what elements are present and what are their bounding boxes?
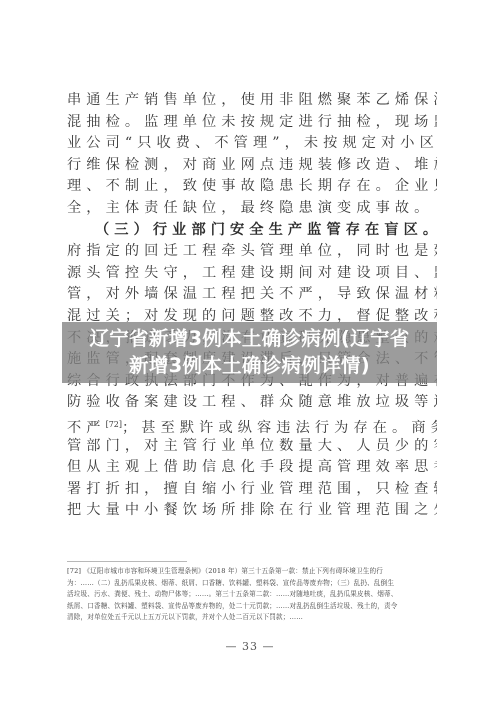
body-line: 署打折扣，擅自缩小行业管理范围，只检查辖区内大型场所， [67, 479, 437, 501]
footnote-divider [67, 561, 187, 562]
body-text: 串通生产销售单位，使用非阻燃聚苯乙烯保温板以次充好、蒙 混抽检。监理单位未按规定… [67, 90, 437, 522]
body-line: 业公司“只收费、不管理”，未按规定对小区共用消防设施进 [67, 133, 437, 155]
section-heading-line: （三）行业部门安全生产监管存在盲区。住建部门作为政 [67, 220, 437, 242]
body-line: 府指定的回迁工程牵头管理单位，同时也是建设行政主管部门， [67, 241, 437, 263]
body-line-head: 不严 [67, 420, 106, 436]
headline-line-1: 辽宁省新增3例本土确诊病例(辽宁省 [62, 325, 437, 352]
body-line: 不严[72]；甚至默许或纵容违法行为存在。商务部门作为行业主 [67, 414, 437, 436]
body-line: 管部门，对主管行业单位数量大、人员少的客观事实强调多， [67, 436, 437, 458]
footnote-line: [72] 《辽阳市城市市容和环境卫生管理条例》（2018 年）第三十五条第一款：… [67, 566, 439, 578]
body-line: 但从主观上借助信息化手段提高管理效率思考少，落实上级部 [67, 457, 437, 479]
body-line: 行维保检测，对商业网点违规装修改造、堆放垃圾等行为不管 [67, 155, 437, 177]
section-heading: （三）行业部门安全生产监管存在盲区。 [95, 222, 437, 238]
body-line: 源头管控失守，工程建设期间对建设项目、监理单位等疏于监 [67, 263, 437, 285]
document-page: 串通生产销售单位，使用非阻燃聚苯乙烯保温板以次充好、蒙 混抽检。监理单位未按规定… [0, 0, 500, 706]
headline-line-2: 新增3例本土确诊病例详情) [62, 352, 437, 379]
body-line: 管，对外墙保温工程把关不严，导致保温材料“以次充好”蒙 [67, 284, 437, 306]
body-line-tail: ；甚至默许或纵容违法行为存在。商务部门作为行业主 [122, 420, 437, 436]
footnote: [72] 《辽阳市城市市容和环境卫生管理条例》（2018 年）第三十五条第一款：… [67, 566, 439, 624]
footnote-line: 为：……（二）乱扔瓜果皮核、烟蒂、纸屑、口香糖、饮料罐、塑料袋、宣传品等废弃物；… [67, 578, 439, 590]
footnote-line: 纸屑、口香糖、饮料罐、塑料袋、宣传品等废弃物的，处二十元罚款；……对乱扔乱倒生活… [67, 601, 439, 613]
body-line: 混抽检。监理单位未按规定进行抽检，现场监理流于形式。物 [67, 112, 437, 134]
headline-overlay[interactable]: 辽宁省新增3例本土确诊病例(辽宁省 新增3例本土确诊病例详情) [62, 322, 437, 383]
page-number: — 33 — [0, 640, 500, 653]
footnote-line: 活垃圾、污水、粪便、残土、动物尸体等；……。第三十五条第二款：……对随地吐痰，乱… [67, 589, 439, 601]
body-line: 把大量中小餐饮场所排除在行业管理范围之外。消防部门发挥 [67, 500, 437, 522]
body-line: 全，主体责任缺位，最终隐患演变成事故。 [67, 198, 437, 220]
footnote-line: 清除，对单位处五千元以上五万元以下罚款，并对个人处二百元以下罚款；…… [67, 612, 439, 624]
body-line: 串通生产销售单位，使用非阻燃聚苯乙烯保温板以次充好、蒙 [67, 90, 437, 112]
body-line: 防验收备案建设工程、群众随意堆放垃圾等违法违规行为执法 [67, 392, 437, 414]
footnote-ref[interactable]: [72] [106, 420, 122, 429]
body-line: 理、不制止，致使事故隐患长期存在。企业只顾发展、不管安 [67, 176, 437, 198]
